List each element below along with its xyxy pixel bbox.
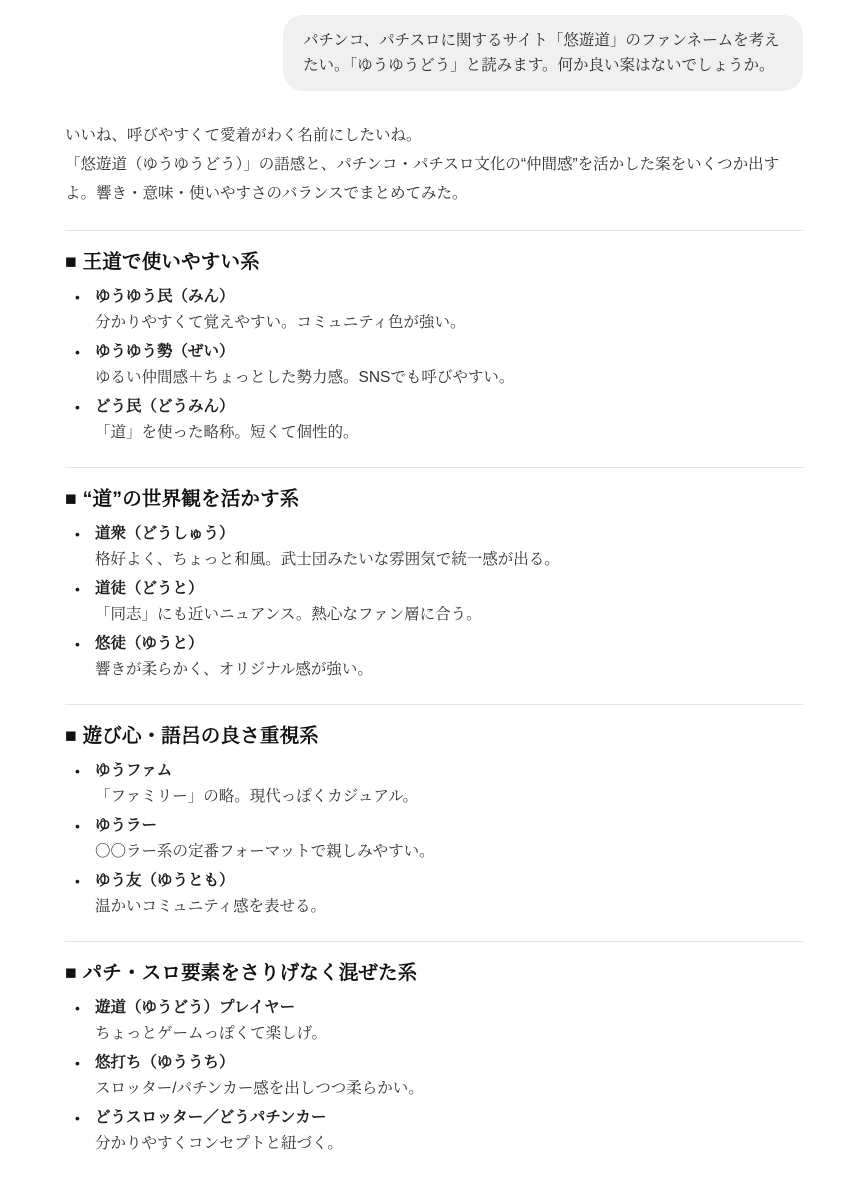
bullet-marker: • bbox=[75, 759, 95, 783]
fan-name: 悠打ち（ゆううち） bbox=[95, 1051, 803, 1075]
fan-name-description: 「道」を使った略称。短くて個性的。 bbox=[95, 421, 803, 445]
section-heading: ■ “道”の世界観を活かす系 bbox=[65, 486, 803, 512]
assistant-intro-line-1: いいね、呼びやすくて愛着がわく名前にしたいね。 bbox=[65, 121, 803, 150]
bullet-marker: • bbox=[75, 632, 95, 656]
section-standard-names: ■ 王道で使いやすい系 • ゆうゆう民（みん） 分かりやすくて覚えやすい。コミュ… bbox=[65, 249, 803, 445]
user-message-bubble: パチンコ、パチスロに関するサイト「悠遊道」のファンネームを考えたい。「ゆうゆうど… bbox=[283, 15, 803, 91]
fan-name: ゆう友（ゆうとも） bbox=[95, 869, 803, 893]
fan-name-description: 分かりやすくコンセプトと紐づく。 bbox=[95, 1132, 803, 1156]
fan-name: 道徒（どうと） bbox=[95, 577, 803, 601]
fan-name: ゆうファム bbox=[95, 759, 803, 783]
section-michi-worldview: ■ “道”の世界観を活かす系 • 道衆（どうしゅう） 格好よく、ちょっと和風。武… bbox=[65, 486, 803, 682]
name-list: • 道衆（どうしゅう） 格好よく、ちょっと和風。武士団みたいな雰囲気で統一感が出… bbox=[65, 522, 803, 682]
bullet-marker: • bbox=[75, 522, 95, 546]
list-item: • ゆう友（ゆうとも） 温かいコミュニティ感を表せる。 bbox=[75, 869, 803, 919]
fan-name-description: 響きが柔らかく、オリジナル感が強い。 bbox=[95, 658, 803, 682]
section-heading: ■ パチ・スロ要素をさりげなく混ぜた系 bbox=[65, 960, 803, 986]
fan-name-description: スロッター/パチンカー感を出しつつ柔らかい。 bbox=[95, 1077, 803, 1101]
section-playful-names: ■ 遊び心・語呂の良さ重視系 • ゆうファム 「ファミリー」の略。現代っぽくカジ… bbox=[65, 723, 803, 919]
fan-name: ゆうゆう勢（ぜい） bbox=[95, 340, 803, 364]
user-message-text: パチンコ、パチスロに関するサイト「悠遊道」のファンネームを考えたい。「ゆうゆうど… bbox=[303, 32, 780, 74]
name-list: • 遊道（ゆうどう）プレイヤー ちょっとゲームっぽくて楽しげ。 • 悠打ち（ゆう… bbox=[65, 996, 803, 1156]
fan-name-description: 「同志」にも近いニュアンス。熱心なファン層に合う。 bbox=[95, 603, 803, 627]
bullet-marker: • bbox=[75, 340, 95, 364]
list-item: • 悠徒（ゆうと） 響きが柔らかく、オリジナル感が強い。 bbox=[75, 632, 803, 682]
fan-name-description: ちょっとゲームっぽくて楽しげ。 bbox=[95, 1022, 803, 1046]
name-list: • ゆうゆう民（みん） 分かりやすくて覚えやすい。コミュニティ色が強い。 • ゆ… bbox=[65, 285, 803, 445]
chat-transcript: パチンコ、パチスロに関するサイト「悠遊道」のファンネームを考えたい。「ゆうゆうど… bbox=[0, 0, 867, 1156]
fan-name: 遊道（ゆうどう）プレイヤー bbox=[95, 996, 803, 1020]
fan-name: 道衆（どうしゅう） bbox=[95, 522, 803, 546]
section-divider bbox=[65, 704, 803, 705]
fan-name-description: 温かいコミュニティ感を表せる。 bbox=[95, 895, 803, 919]
fan-name: ゆうゆう民（みん） bbox=[95, 285, 803, 309]
fan-name-description: 格好よく、ちょっと和風。武士団みたいな雰囲気で統一感が出る。 bbox=[95, 548, 803, 572]
list-item: • どう民（どうみん） 「道」を使った略称。短くて個性的。 bbox=[75, 395, 803, 445]
section-pachislo-mixed-names: ■ パチ・スロ要素をさりげなく混ぜた系 • 遊道（ゆうどう）プレイヤー ちょっと… bbox=[65, 960, 803, 1156]
bullet-marker: • bbox=[75, 577, 95, 601]
bullet-marker: • bbox=[75, 1051, 95, 1075]
section-heading: ■ 遊び心・語呂の良さ重視系 bbox=[65, 723, 803, 749]
section-divider bbox=[65, 467, 803, 468]
fan-name-description: 〇〇ラー系の定番フォーマットで親しみやすい。 bbox=[95, 840, 803, 864]
bullet-marker: • bbox=[75, 395, 95, 419]
fan-name: ゆうラー bbox=[95, 814, 803, 838]
name-list: • ゆうファム 「ファミリー」の略。現代っぽくカジュアル。 • ゆうラー 〇〇ラ… bbox=[65, 759, 803, 919]
section-divider bbox=[65, 230, 803, 231]
list-item: • 悠打ち（ゆううち） スロッター/パチンカー感を出しつつ柔らかい。 bbox=[75, 1051, 803, 1101]
fan-name-description: 「ファミリー」の略。現代っぽくカジュアル。 bbox=[95, 785, 803, 809]
list-item: • ゆうゆう民（みん） 分かりやすくて覚えやすい。コミュニティ色が強い。 bbox=[75, 285, 803, 335]
bullet-marker: • bbox=[75, 814, 95, 838]
fan-name: どうスロッター／どうパチンカー bbox=[95, 1106, 803, 1130]
bullet-marker: • bbox=[75, 1106, 95, 1130]
list-item: • ゆうファム 「ファミリー」の略。現代っぽくカジュアル。 bbox=[75, 759, 803, 809]
bullet-marker: • bbox=[75, 285, 95, 309]
bullet-marker: • bbox=[75, 996, 95, 1020]
list-item: • 道徒（どうと） 「同志」にも近いニュアンス。熱心なファン層に合う。 bbox=[75, 577, 803, 627]
list-item: • どうスロッター／どうパチンカー 分かりやすくコンセプトと紐づく。 bbox=[75, 1106, 803, 1156]
fan-name: 悠徒（ゆうと） bbox=[95, 632, 803, 656]
list-item: • ゆうゆう勢（ぜい） ゆるい仲間感＋ちょっとした勢力感。SNSでも呼びやすい。 bbox=[75, 340, 803, 390]
bullet-marker: • bbox=[75, 869, 95, 893]
section-heading: ■ 王道で使いやすい系 bbox=[65, 249, 803, 275]
fan-name-description: 分かりやすくて覚えやすい。コミュニティ色が強い。 bbox=[95, 311, 803, 335]
fan-name: どう民（どうみん） bbox=[95, 395, 803, 419]
list-item: • 遊道（ゆうどう）プレイヤー ちょっとゲームっぽくて楽しげ。 bbox=[75, 996, 803, 1046]
assistant-intro-line-2: 「悠遊道（ゆうゆうどう）」の語感と、パチンコ・パチスロ文化の“仲間感”を活かした… bbox=[65, 150, 803, 208]
section-divider bbox=[65, 941, 803, 942]
assistant-intro: いいね、呼びやすくて愛着がわく名前にしたいね。 「悠遊道（ゆうゆうどう）」の語感… bbox=[65, 121, 803, 208]
list-item: • ゆうラー 〇〇ラー系の定番フォーマットで親しみやすい。 bbox=[75, 814, 803, 864]
fan-name-description: ゆるい仲間感＋ちょっとした勢力感。SNSでも呼びやすい。 bbox=[95, 366, 803, 390]
list-item: • 道衆（どうしゅう） 格好よく、ちょっと和風。武士団みたいな雰囲気で統一感が出… bbox=[75, 522, 803, 572]
